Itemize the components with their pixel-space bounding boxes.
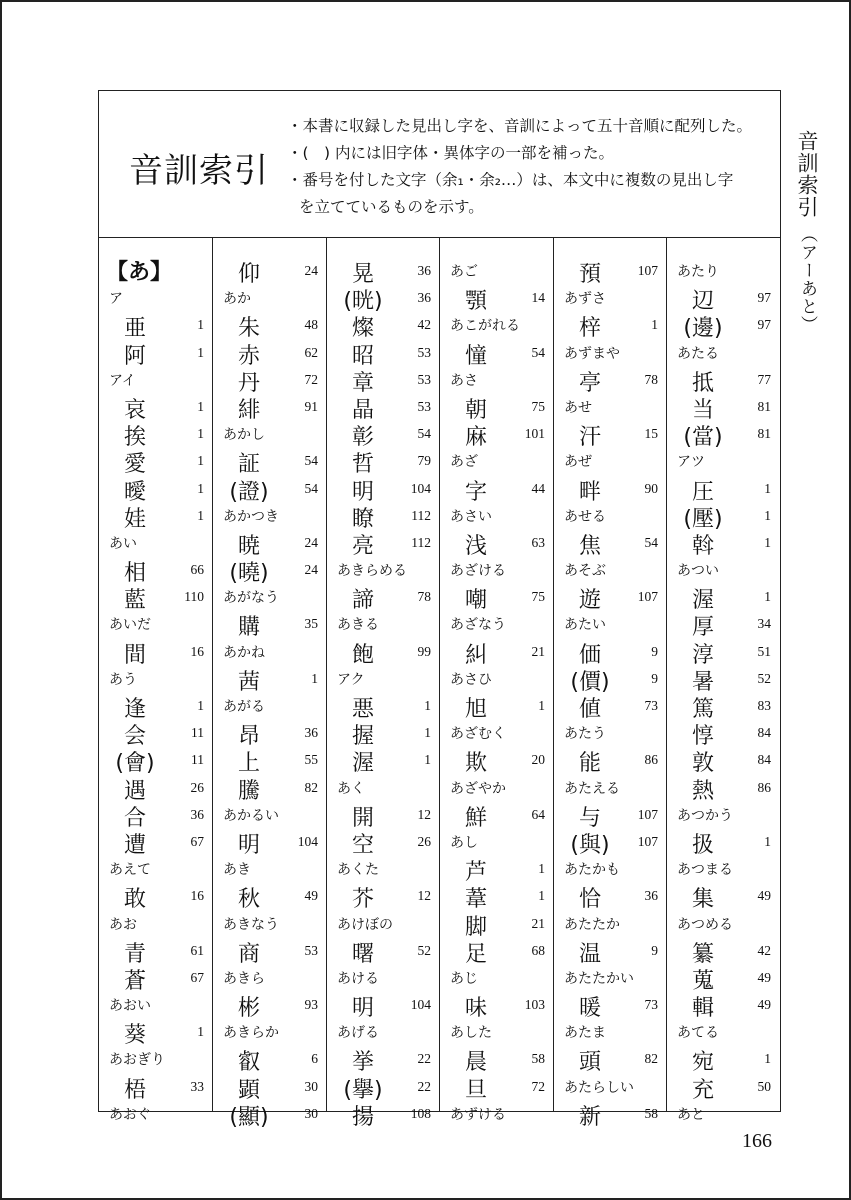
page-ref: 1 <box>538 888 545 904</box>
page-ref: 90 <box>645 481 659 497</box>
kanji-entry: 朱48 <box>213 311 326 338</box>
reading-heading: あく <box>327 774 439 801</box>
page-ref: 21 <box>532 644 546 660</box>
kanji-entry: 秋49 <box>213 882 326 909</box>
page-ref: 22 <box>418 1051 432 1067</box>
kanji-entry: 上55 <box>213 746 326 773</box>
reading-text: あてる <box>677 1022 719 1042</box>
kanji-entry: 蒐49 <box>667 964 779 991</box>
reading-text: あおぎり <box>109 1049 165 1069</box>
kanji-entry: 曖1 <box>99 475 212 502</box>
reading-text: あえて <box>109 859 151 879</box>
kanji-entry: 曙52 <box>327 937 439 964</box>
reading-text: あかね <box>223 642 265 662</box>
page-ref: 1 <box>764 1051 771 1067</box>
reading-heading: あえて <box>99 855 212 882</box>
kanji-entry: 温9 <box>554 937 666 964</box>
page-ref: 108 <box>411 1106 431 1122</box>
reading-text: あけぼの <box>337 914 393 934</box>
page-ref: 1 <box>311 671 318 687</box>
reading-heading: あたう <box>554 719 666 746</box>
kanji-entry: 飽99 <box>327 638 439 665</box>
reading-heading: あかつき <box>213 502 326 529</box>
reading-text: あさひ <box>450 669 492 689</box>
reading-text: あい <box>109 533 137 553</box>
reading-heading: あさ <box>440 366 553 393</box>
page-ref: 107 <box>638 807 658 823</box>
kanji-entry: 宛1 <box>667 1045 779 1072</box>
reading-heading: あきらか <box>213 1018 326 1045</box>
reading-heading: あざなう <box>440 610 553 637</box>
reading-text: あたたかい <box>564 968 634 988</box>
reading-text: あじ <box>450 968 478 988</box>
page-ref: 49 <box>305 888 319 904</box>
reading-heading: あげる <box>327 1018 439 1045</box>
reading-heading: あずける <box>440 1100 553 1127</box>
page-ref: 36 <box>191 807 205 823</box>
kanji-entry: 燦42 <box>327 311 439 338</box>
page-ref: 68 <box>532 943 546 959</box>
page-ref: 58 <box>532 1051 546 1067</box>
kanji-entry: 恰36 <box>554 882 666 909</box>
reading-text: あく <box>337 778 365 798</box>
page-ref: 1 <box>764 535 771 551</box>
page-ref: 79 <box>418 453 432 469</box>
page-ref: 11 <box>191 725 204 741</box>
page-ref: 55 <box>305 752 319 768</box>
reading-text: あさい <box>450 506 492 526</box>
page-ref: 33 <box>191 1079 205 1095</box>
reading-heading: あがなう <box>213 583 326 610</box>
page-ref: 1 <box>197 508 204 524</box>
reading-text: あざける <box>450 560 506 580</box>
reading-text: あたう <box>564 723 606 743</box>
kanji-entry: 汗15 <box>554 420 666 447</box>
page-ref: 49 <box>758 970 772 986</box>
page-ref: 1 <box>764 481 771 497</box>
page-ref: 67 <box>191 834 205 850</box>
page-ref: 53 <box>418 399 432 415</box>
reading-text: あき <box>223 859 251 879</box>
kanji-entry: 敢16 <box>99 882 212 909</box>
page-ref: 9 <box>651 671 658 687</box>
kanji-entry: (邊)97 <box>667 311 779 338</box>
kanji-entry: 篤83 <box>667 692 779 719</box>
reading-heading: あそぶ <box>554 556 666 583</box>
page-ref: 30 <box>305 1079 319 1095</box>
page-ref: 61 <box>191 943 205 959</box>
page-ref: 83 <box>758 698 772 714</box>
index-column: 晃36(晄)36燦42昭53章53晶53彰54哲79明104瞭112亮112あき… <box>327 238 440 1111</box>
kanji-entry: 挙22 <box>327 1045 439 1072</box>
page-ref: 16 <box>191 644 205 660</box>
page-ref: 1 <box>424 698 431 714</box>
page-ref: 97 <box>758 290 772 306</box>
page-ref: 112 <box>411 508 431 524</box>
reading-heading: あずまや <box>554 339 666 366</box>
kanji-entry: 味103 <box>440 991 553 1018</box>
reading-text: あがる <box>223 696 265 716</box>
page-ref: 21 <box>532 916 546 932</box>
reading-text: あこがれる <box>450 315 520 335</box>
page-ref: 104 <box>411 997 431 1013</box>
kanji-entry: 顎14 <box>440 284 553 311</box>
reading-text: あそぶ <box>564 560 606 580</box>
kanji-entry: 集49 <box>667 882 779 909</box>
reading-heading: あつまる <box>667 855 779 882</box>
kanji-entry: 逢1 <box>99 692 212 719</box>
kanji-entry: (晄)36 <box>327 284 439 311</box>
reading-text: あつかう <box>677 805 733 825</box>
side-title: 音訓索引 <box>795 130 819 218</box>
kanji-entry: (證)54 <box>213 475 326 502</box>
page-ref: 64 <box>532 807 546 823</box>
kanji-entry: 熱86 <box>667 774 779 801</box>
kanji-entry: 哀1 <box>99 393 212 420</box>
kanji-entry: 明104 <box>213 828 326 855</box>
kanji-entry: 敦84 <box>667 746 779 773</box>
kanji-entry: 晶53 <box>327 393 439 420</box>
reading-text: アツ <box>677 451 705 471</box>
reading-text: あきらめる <box>337 560 407 580</box>
kanji-entry: 愛1 <box>99 447 212 474</box>
reading-heading: あてる <box>667 1018 779 1045</box>
reading-heading: あさい <box>440 502 553 529</box>
page-ref: 36 <box>305 725 319 741</box>
page-ref: 75 <box>532 399 546 415</box>
reading-text: あずける <box>450 1104 506 1124</box>
kanji-entry: 亭78 <box>554 366 666 393</box>
page-ref: 1 <box>538 698 545 714</box>
page-ref: 6 <box>311 1051 318 1067</box>
reading-heading: あさひ <box>440 665 553 692</box>
reading-text: あおい <box>109 995 151 1015</box>
page-ref: 36 <box>418 290 432 306</box>
page-ref: 104 <box>411 481 431 497</box>
note-line: を立てているものを示す。 <box>287 194 752 221</box>
page-ref: 53 <box>305 943 319 959</box>
kanji-entry: 旦72 <box>440 1073 553 1100</box>
kanji-entry: 彬93 <box>213 991 326 1018</box>
index-column: あご顎14あこがれる憧54あさ朝75麻101あざ字44あさい浅63あざける嘲75… <box>440 238 554 1111</box>
page-ref: 12 <box>418 888 432 904</box>
kanji-entry: 開12 <box>327 801 439 828</box>
kanji-entry: 朝75 <box>440 393 553 420</box>
page-ref: 54 <box>305 481 319 497</box>
kanji-entry: 預107 <box>554 257 666 284</box>
reading-heading: あざ <box>440 447 553 474</box>
kanji-entry: 淳51 <box>667 638 779 665</box>
reading-text: あたたか <box>564 914 620 934</box>
kanji-entry: 価9 <box>554 638 666 665</box>
kanji-entry: 渥1 <box>327 746 439 773</box>
kanji-entry: 茜1 <box>213 665 326 692</box>
kanji-entry: 藍110 <box>99 583 212 610</box>
reading-heading: あした <box>440 1018 553 1045</box>
kanji-entry: 握1 <box>327 719 439 746</box>
kanji-entry: 亜1 <box>99 311 212 338</box>
kanji-entry: 明104 <box>327 991 439 1018</box>
kanji-entry: 嘲75 <box>440 583 553 610</box>
reading-heading: あたま <box>554 1018 666 1045</box>
reading-text: あずまや <box>564 343 620 363</box>
reading-text: あずさ <box>564 288 606 308</box>
page-ref: 12 <box>418 807 432 823</box>
kanji-entry: 纂42 <box>667 937 779 964</box>
index-column: あたり辺97(邊)97あたる抵77当81(當)81アツ圧1(壓)1斡1あつい渥1… <box>667 238 779 1111</box>
reading-heading: あおぎり <box>99 1045 212 1072</box>
page-ref: 24 <box>305 263 319 279</box>
page-ref: 107 <box>638 263 658 279</box>
reading-heading: あせる <box>554 502 666 529</box>
reading-heading: あきらめる <box>327 556 439 583</box>
reading-heading: あい <box>99 529 212 556</box>
page-ref: 48 <box>305 317 319 333</box>
kanji-entry: 顕30 <box>213 1073 326 1100</box>
page-ref: 1 <box>764 589 771 605</box>
kanji-entry: 悪1 <box>327 692 439 719</box>
reading-heading: アイ <box>99 366 212 393</box>
kanji-entry: (曉)24 <box>213 556 326 583</box>
page-ref: 1 <box>538 861 545 877</box>
kanji-entry: 梧33 <box>99 1073 212 1100</box>
reading-text: あご <box>450 261 478 281</box>
kanji-entry: 娃1 <box>99 502 212 529</box>
kanji-entry: (當)81 <box>667 420 779 447</box>
reading-heading: あつい <box>667 556 779 583</box>
page-ref: 99 <box>418 644 432 660</box>
page-ref: 72 <box>532 1079 546 1095</box>
page-ref: 75 <box>532 589 546 605</box>
page-ref: 44 <box>532 481 546 497</box>
page-number: 166 <box>742 1130 772 1153</box>
page-ref: 104 <box>298 834 318 850</box>
kanji-entry: 哲79 <box>327 447 439 474</box>
kanji-entry: 惇84 <box>667 719 779 746</box>
kanji-char: 新 <box>554 1100 626 1131</box>
page-ref: 93 <box>305 997 319 1013</box>
kanji-entry: 揚108 <box>327 1100 439 1127</box>
kanji-entry: 圧1 <box>667 475 779 502</box>
section-heading: 【あ】 <box>99 257 212 284</box>
page-ref: 36 <box>645 888 659 904</box>
reading-heading: あこがれる <box>440 311 553 338</box>
kanji-entry: 昂36 <box>213 719 326 746</box>
page-ref: 1 <box>197 481 204 497</box>
kanji-entry: 渥1 <box>667 583 779 610</box>
kanji-entry: 頭82 <box>554 1045 666 1072</box>
page-ref: 1 <box>197 345 204 361</box>
kanji-entry: 斡1 <box>667 529 779 556</box>
reading-heading: あき <box>213 855 326 882</box>
kanji-entry: 字44 <box>440 475 553 502</box>
kanji-entry: 購35 <box>213 610 326 637</box>
page-ref: 26 <box>191 780 205 796</box>
page-ref: 63 <box>532 535 546 551</box>
page-ref: 82 <box>305 780 319 796</box>
kanji-entry: 脚21 <box>440 910 553 937</box>
reading-text: あくた <box>337 859 379 879</box>
page-ref: 101 <box>525 426 545 442</box>
reading-heading: あざける <box>440 556 553 583</box>
reading-text: あざむく <box>450 723 506 743</box>
reading-heading: ア <box>99 284 212 311</box>
page-ref: 82 <box>645 1051 659 1067</box>
reading-heading: あご <box>440 257 553 284</box>
reading-text: ア <box>109 288 123 308</box>
page-ref: 14 <box>532 290 546 306</box>
reading-heading: あたえる <box>554 774 666 801</box>
kanji-entry: 間16 <box>99 638 212 665</box>
reading-heading: あくた <box>327 855 439 882</box>
kanji-entry: 丹72 <box>213 366 326 393</box>
section-label: 【あ】 <box>99 255 179 286</box>
reading-text: あたる <box>677 343 719 363</box>
kanji-entry: 値73 <box>554 692 666 719</box>
reading-heading: あたる <box>667 339 779 366</box>
reading-text: あいだ <box>109 614 151 634</box>
page-ref: 1 <box>197 399 204 415</box>
page-ref: 26 <box>418 834 432 850</box>
page-ref: 49 <box>758 997 772 1013</box>
page-ref: 78 <box>418 589 432 605</box>
kanji-entry: 騰82 <box>213 774 326 801</box>
kanji-entry: 抵77 <box>667 366 779 393</box>
page-ref: 16 <box>191 888 205 904</box>
kanji-entry: 証54 <box>213 447 326 474</box>
kanji-entry: 鮮64 <box>440 801 553 828</box>
index-column: 預107あずさ梓1あずまや亭78あせ汗15あぜ畔90あせる焦54あそぶ遊107あ… <box>554 238 667 1111</box>
kanji-entry: 暖73 <box>554 991 666 1018</box>
reading-text: あおぐ <box>109 1104 151 1124</box>
reading-text: あかつき <box>223 506 279 526</box>
kanji-entry: 彰54 <box>327 420 439 447</box>
reading-heading: あし <box>440 828 553 855</box>
kanji-entry: 昭53 <box>327 339 439 366</box>
page-ref: 66 <box>191 562 205 578</box>
index-notes: ・本書に収録した見出し字を、音訓によって五十音順に配列した。 ・( ) 内には旧… <box>287 113 752 221</box>
reading-heading: あいだ <box>99 610 212 637</box>
reading-text: あか <box>223 288 251 308</box>
kanji-entry: 芦1 <box>440 855 553 882</box>
kanji-entry: 緋91 <box>213 393 326 420</box>
reading-text: あがなう <box>223 587 279 607</box>
reading-text: あげる <box>337 1022 379 1042</box>
kanji-entry: 芥12 <box>327 882 439 909</box>
kanji-entry: 商53 <box>213 937 326 964</box>
kanji-entry: 阿1 <box>99 339 212 366</box>
kanji-entry: 与107 <box>554 801 666 828</box>
kanji-entry: 空26 <box>327 828 439 855</box>
index-header: 音訓索引 ・本書に収録した見出し字を、音訓によって五十音順に配列した。 ・( )… <box>99 91 780 238</box>
page-ref: 1 <box>197 426 204 442</box>
page-ref: 52 <box>418 943 432 959</box>
reading-text: あお <box>109 914 137 934</box>
note-line: ・本書に収録した見出し字を、音訓によって五十音順に配列した。 <box>287 113 752 140</box>
page-ref: 91 <box>305 399 319 415</box>
page-ref: 11 <box>191 752 204 768</box>
page-ref: 50 <box>758 1079 772 1095</box>
reading-text: あう <box>109 669 137 689</box>
page-ref: 42 <box>758 943 772 959</box>
reading-heading: あつめる <box>667 910 779 937</box>
reading-text: あざ <box>450 451 478 471</box>
index-frame: 音訓索引 ・本書に収録した見出し字を、音訓によって五十音順に配列した。 ・( )… <box>98 90 781 1112</box>
page-ref: 34 <box>758 616 772 632</box>
page-ref: 51 <box>758 644 772 660</box>
index-columns: 【あ】ア亜1阿1アイ哀1挨1愛1曖1娃1あい相66藍110あいだ間16あう逢1会… <box>99 238 780 1111</box>
page-ref: 52 <box>758 671 772 687</box>
page-ref: 54 <box>645 535 659 551</box>
page-ref: 1 <box>651 317 658 333</box>
page-ref: 49 <box>758 888 772 904</box>
page-ref: 1 <box>197 317 204 333</box>
reading-heading: あせ <box>554 393 666 420</box>
reading-heading: あお <box>99 910 212 937</box>
kanji-entry: (與)107 <box>554 828 666 855</box>
page-ref: 1 <box>424 725 431 741</box>
reading-text: あと <box>677 1104 705 1124</box>
reading-text: あせ <box>564 397 592 417</box>
reading-text: あかるい <box>223 805 279 825</box>
page-ref: 107 <box>638 589 658 605</box>
kanji-entry: 葵1 <box>99 1018 212 1045</box>
index-column: 仰24あか朱48赤62丹72緋91あかし証54(證)54あかつき暁24(曉)24… <box>213 238 327 1111</box>
kanji-entry: 相66 <box>99 556 212 583</box>
page-ref: 1 <box>424 752 431 768</box>
side-running-head: 音訓索引 （アーあと） <box>792 130 822 334</box>
reading-text: あかし <box>223 424 265 444</box>
page-ref: 67 <box>191 970 205 986</box>
kanji-entry: 厚34 <box>667 610 779 637</box>
reading-heading: あかし <box>213 420 326 447</box>
page-ref: 86 <box>645 752 659 768</box>
kanji-entry: 足68 <box>440 937 553 964</box>
page-ref: 62 <box>305 345 319 361</box>
page-ref: 1 <box>764 834 771 850</box>
reading-text: あざやか <box>450 778 506 798</box>
side-range: （アーあと） <box>797 226 817 334</box>
page-ref: 15 <box>645 426 659 442</box>
reading-heading: あつかう <box>667 801 779 828</box>
kanji-entry: 畔90 <box>554 475 666 502</box>
page-ref: 9 <box>651 644 658 660</box>
page-ref: 97 <box>758 317 772 333</box>
kanji-entry: 青61 <box>99 937 212 964</box>
kanji-entry: 輯49 <box>667 991 779 1018</box>
page-ref: 53 <box>418 372 432 388</box>
page-ref: 112 <box>411 535 431 551</box>
kanji-entry: 会11 <box>99 719 212 746</box>
kanji-entry: 梓1 <box>554 311 666 338</box>
kanji-entry: (會)11 <box>99 746 212 773</box>
reading-heading: あけぼの <box>327 910 439 937</box>
kanji-entry: (壓)1 <box>667 502 779 529</box>
page-ref: 81 <box>758 399 772 415</box>
kanji-entry: 遭67 <box>99 828 212 855</box>
reading-heading: あたい <box>554 610 666 637</box>
page-ref: 73 <box>645 698 659 714</box>
kanji-entry: 旭1 <box>440 692 553 719</box>
page-ref: 103 <box>525 997 545 1013</box>
kanji-entry: 仰24 <box>213 257 326 284</box>
page-ref: 20 <box>532 752 546 768</box>
reading-heading: あずさ <box>554 284 666 311</box>
reading-heading: あたたかい <box>554 964 666 991</box>
reading-heading: あかね <box>213 638 326 665</box>
kanji-char: 揚 <box>327 1100 399 1131</box>
page-ref: 110 <box>184 589 204 605</box>
